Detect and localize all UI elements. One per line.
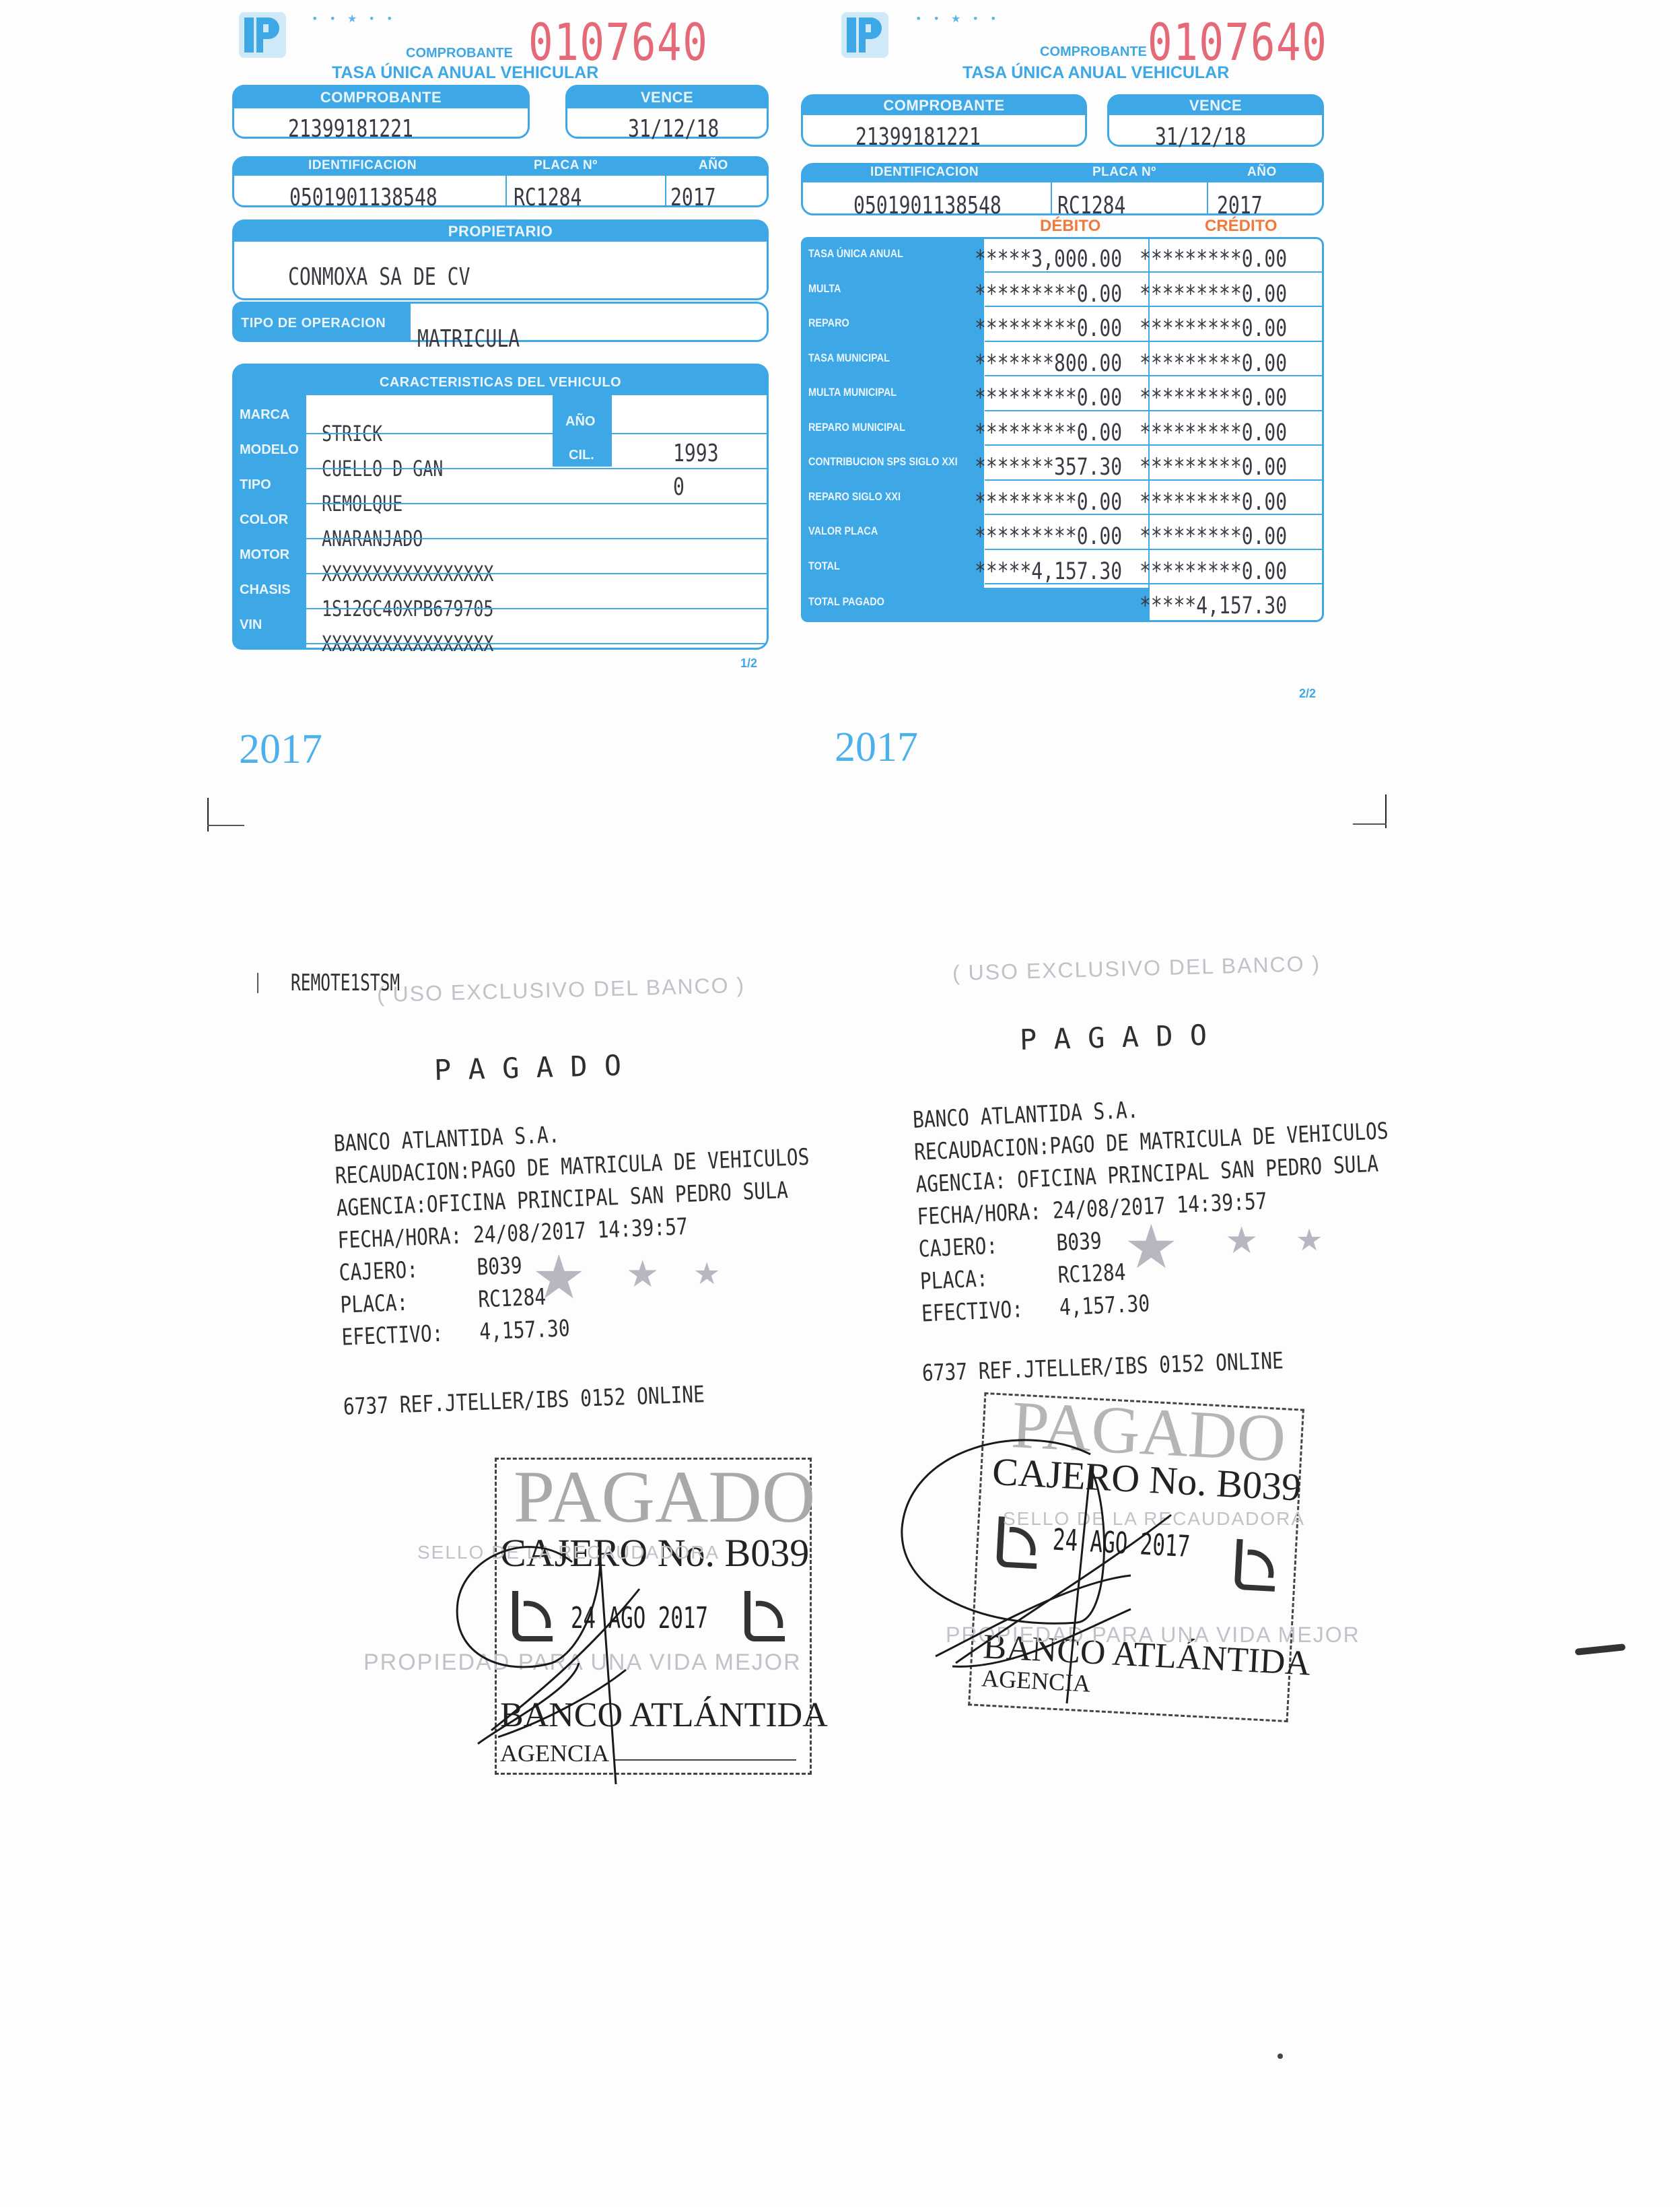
- comprobante-box: COMPROBANTE 21399181221: [801, 94, 1087, 147]
- cil-label: CIL.: [569, 448, 594, 463]
- propietario-value: CONMOXA SA DE CV: [288, 263, 470, 291]
- caracteristicas-box: CARACTERISTICAS DEL VEHICULO MARCASTRICK…: [232, 364, 769, 650]
- char-label-modelo: MODELO: [240, 442, 299, 458]
- credito-value: *********0.00: [1140, 489, 1287, 516]
- bank-use-label: ( USO EXCLUSIVO DEL BANCO ): [952, 951, 1321, 986]
- scan-speck: [1575, 1643, 1626, 1656]
- watermark-star-icon: ★: [693, 1256, 720, 1291]
- credito-value: *********0.00: [1140, 419, 1287, 446]
- ip-logo-icon: [841, 9, 890, 61]
- signature: [451, 1501, 653, 1804]
- tipo-operacion-value: MATRICULA: [417, 325, 520, 353]
- comprobante-prefix: COMPROBANTE: [406, 46, 513, 61]
- amount-label: REPARO MUNICIPAL: [808, 421, 905, 434]
- debito-value: *********0.00: [975, 281, 1122, 308]
- credito-value: *********0.00: [1140, 523, 1287, 550]
- identificacion-value: 0501901138548: [853, 192, 1002, 219]
- year-mark-right: 2017: [835, 724, 918, 772]
- plate-value: RC1284: [1057, 1259, 1126, 1289]
- vence-box: VENCE 31/12/18: [1107, 94, 1324, 147]
- bank-use-label: ( USO EXCLUSIVO DEL BANCO ): [377, 973, 746, 1007]
- receipt-right: ( USO EXCLUSIVO DEL BANCO ) P A G A D O …: [888, 936, 1494, 1744]
- debito-value: *********0.00: [975, 523, 1122, 550]
- watermark-star-icon: ★: [1225, 1219, 1258, 1262]
- comprobante-prefix: COMPROBANTE: [1040, 44, 1147, 60]
- anio-value: 2017: [670, 184, 716, 211]
- debito-value: *****4,157.30: [975, 558, 1122, 585]
- amount-label: REPARO SIGLO XXI: [808, 490, 901, 504]
- signature: [888, 1427, 1265, 1724]
- amount-label: TASA MUNICIPAL: [808, 351, 890, 365]
- cash-amount: 4,157.30: [479, 1315, 571, 1345]
- cil-value: 0: [673, 473, 685, 501]
- form-left: • • ★ • • COMPROBANTE 0107640 TASA ÚNICA…: [232, 0, 771, 673]
- amounts-table: TASA ÚNICA ANUAL*****3,000.00*********0.…: [801, 237, 1324, 622]
- amount-label: MULTA MUNICIPAL: [808, 386, 897, 399]
- comprobante-value: 21399181221: [855, 123, 981, 151]
- header-stars: • • ★ • •: [915, 12, 1000, 25]
- amount-label: MULTA: [808, 282, 841, 296]
- credito-value: *********0.00: [1140, 315, 1287, 342]
- status-pagado: P A G A D O: [433, 1049, 621, 1087]
- page-indicator: 1/2: [740, 656, 757, 671]
- form-right: • • ★ • • COMPROBANTE 0107640 TASA ÚNICA…: [801, 0, 1339, 714]
- amount-label: TOTAL: [808, 559, 840, 573]
- watermark-star-icon: ★: [1124, 1212, 1179, 1283]
- credito-value: *********0.00: [1140, 281, 1287, 308]
- char-label-motor: MOTOR: [240, 547, 289, 563]
- amount-label: VALOR PLACA: [808, 524, 878, 538]
- debito-value: *********0.00: [975, 489, 1122, 516]
- form-title: TASA ÚNICA ANUAL VEHICULAR: [963, 63, 1229, 83]
- bank-logo-icon: [739, 1588, 790, 1645]
- total-pagado-value: *****4,157.30: [1140, 592, 1287, 619]
- cash-amount: 4,157.30: [1059, 1290, 1150, 1321]
- reference-line: 6737 REF.JTELLER/IBS 0152 ONLINE: [921, 1347, 1284, 1387]
- credito-value: *********0.00: [1140, 384, 1287, 411]
- placa-value: RC1284: [1057, 192, 1125, 219]
- watermark-star-icon: ★: [626, 1252, 659, 1295]
- debito-label: DÉBITO: [1040, 217, 1100, 236]
- credito-label: CRÉDITO: [1205, 217, 1277, 236]
- propietario-box: PROPIETARIO CONMOXA SA DE CV: [232, 219, 769, 300]
- reference-line: 6737 REF.JTELLER/IBS 0152 ONLINE: [343, 1381, 705, 1421]
- credito-value: *********0.00: [1140, 350, 1287, 377]
- crop-mark-right-h: [1353, 823, 1387, 825]
- form-title: TASA ÚNICA ANUAL VEHICULAR: [332, 63, 598, 83]
- watermark-star-icon: ★: [532, 1242, 586, 1313]
- debito-value: *********0.00: [975, 315, 1122, 342]
- identificacion-box: IDENTIFICACION PLACA Nº AÑO 050190113854…: [801, 163, 1324, 215]
- ano-label: AÑO: [565, 414, 595, 430]
- char-label-color: COLOR: [240, 512, 288, 528]
- crop-mark-left: [207, 798, 209, 831]
- debito-value: *******800.00: [975, 350, 1122, 377]
- char-label-marca: MARCA: [240, 407, 289, 423]
- char-label-tipo: TIPO: [240, 477, 271, 493]
- identificacion-value: 0501901138548: [289, 184, 438, 211]
- vence-value: 31/12/18: [628, 115, 719, 143]
- receipt-body: BANCO ATLANTIDA S.A. RECAUDACION:PAGO DE…: [912, 1078, 1500, 1330]
- amount-label: TASA ÚNICA ANUAL: [808, 247, 903, 261]
- ip-logo-icon: [239, 9, 287, 61]
- vence-box: VENCE 31/12/18: [565, 85, 769, 139]
- scan-speck: [1277, 2053, 1283, 2059]
- receipt-body: BANCO ATLANTIDA S.A. RECAUDACION:PAGO DE…: [333, 1104, 921, 1353]
- watermark-star-icon: ★: [1296, 1222, 1323, 1258]
- amount-label: REPARO: [808, 316, 849, 330]
- debito-value: *******357.30: [975, 454, 1122, 481]
- crop-mark-left-h: [207, 825, 244, 826]
- cashier-id: B039: [477, 1252, 523, 1281]
- page-indicator: 2/2: [1299, 687, 1316, 701]
- credito-value: *********0.00: [1140, 246, 1287, 273]
- credito-value: *********0.00: [1140, 454, 1287, 481]
- total-pagado-label: TOTAL PAGADO: [808, 595, 884, 609]
- status-pagado: P A G A D O: [1019, 1019, 1207, 1056]
- comprobante-value: 21399181221: [288, 115, 413, 143]
- debito-value: *****3,000.00: [975, 246, 1122, 273]
- vence-value: 31/12/18: [1155, 123, 1246, 151]
- header-stars: • • ★ • •: [312, 12, 396, 25]
- placa-value: RC1284: [514, 184, 582, 211]
- char-label-chasis: CHASIS: [240, 582, 291, 598]
- comprobante-box: COMPROBANTE 21399181221: [232, 85, 530, 139]
- amount-label: CONTRIBUCION SPS SIGLO XXI: [808, 455, 958, 469]
- debito-value: *********0.00: [975, 419, 1122, 446]
- year-mark-left: 2017: [239, 726, 322, 774]
- debito-value: *********0.00: [975, 384, 1122, 411]
- anio-value: 2017: [1217, 192, 1263, 219]
- identificacion-box: IDENTIFICACION PLACA Nº AÑO 050190113854…: [232, 156, 769, 207]
- char-label-vin: VIN: [240, 617, 262, 633]
- receipt-left: REMOTE1STSM ( USO EXCLUSIVO DEL BANCO ) …: [249, 943, 855, 1818]
- tipo-operacion-box: TIPO DE OPERACION MATRICULA: [232, 302, 769, 342]
- credito-value: *********0.00: [1140, 558, 1287, 585]
- ano-value: 1993: [673, 440, 719, 467]
- cashier-id: B039: [1056, 1227, 1102, 1256]
